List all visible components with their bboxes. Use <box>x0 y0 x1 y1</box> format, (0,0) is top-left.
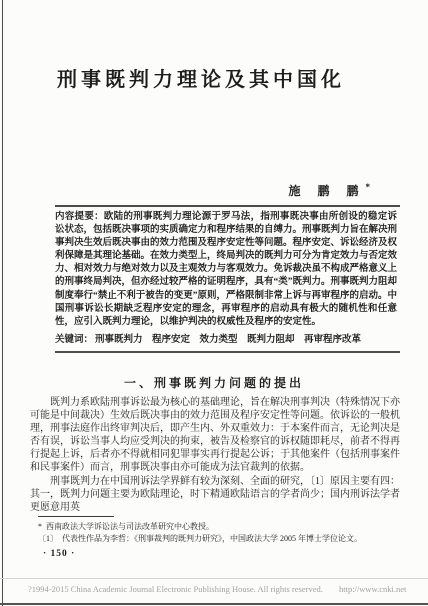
paper-title: 刑事既判力理论及其中国化 <box>57 63 345 92</box>
keywords-list: 刑事既判力 程序安定 效力类型 既判力阻却 再审程序改革 <box>95 335 361 345</box>
author-name-text: 施 鹏 鹏 <box>288 184 365 198</box>
author-footnote-mark: * <box>366 182 371 192</box>
abstract-label: 内容提要： <box>55 212 104 222</box>
cnki-copyright-bar: ?1994-2015 China Academic Journal Electr… <box>28 584 420 594</box>
body-text: 既判力系欧陆刑事诉讼最为核心的基础理论，旨在解决刑事判决（特殊情况下亦可能是中间… <box>30 396 400 514</box>
keywords-label: 关键词： <box>55 335 93 345</box>
abstract-text: 欧陆的刑事既判力理论源于罗马法，指刑事既决事由所创设的稳定诉讼状态，包括既决事项… <box>55 212 397 327</box>
footnote-author: * 西南政法大学诉讼法与司法改革研究中心教授。 <box>38 521 398 533</box>
abstract-top-rule <box>55 205 400 207</box>
footnote-1-text: 代表性作品为李哲：《刑事裁判的既判力研究》，中国政法大学 2005 年博士学位论… <box>62 533 362 545</box>
scan-edge-line <box>2 0 3 606</box>
footer-hairline <box>0 578 428 579</box>
body-paragraph-2: 刑事既判力在中国刑诉法学界鲜有较为深刻、全面的研究，〔1〕原因主要有四：其一，既… <box>30 475 400 514</box>
footnote-1-marker: 〔1〕 <box>38 533 58 545</box>
scan-bottom-border <box>0 603 428 605</box>
page-number: · 150 · <box>43 549 75 559</box>
abstract-block: 内容提要：欧陆的刑事既判力理论源于罗马法，指刑事既决事由所创设的稳定诉讼状态，包… <box>55 211 397 329</box>
keywords-line: 关键词：刑事既判力 程序安定 效力类型 既判力阻却 再审程序改革 <box>55 331 397 345</box>
footnotes-block: * 西南政法大学诉讼法与司法改革研究中心教授。 〔1〕 代表性作品为李哲：《刑事… <box>38 521 398 544</box>
cnki-url: http://www.cnki.net <box>339 584 406 594</box>
footnote-author-marker: * <box>38 521 42 533</box>
copyright-text: ?1994-2015 China Academic Journal Electr… <box>28 584 323 594</box>
scanned-paper-page: 刑事既判力理论及其中国化 施 鹏 鹏* 内容提要：欧陆的刑事既判力理论源于罗马法… <box>0 0 428 606</box>
abstract-bottom-rule <box>55 351 400 353</box>
footnote-divider <box>38 516 114 517</box>
author-name: 施 鹏 鹏* <box>288 182 370 199</box>
body-paragraph-1: 既判力系欧陆刑事诉讼最为核心的基础理论，旨在解决刑事判决（特殊情况下亦可能是中间… <box>30 396 400 475</box>
footnote-author-text: 西南政法大学诉讼法与司法改革研究中心教授。 <box>46 521 214 533</box>
footnote-1: 〔1〕 代表性作品为李哲：《刑事裁判的既判力研究》，中国政法大学 2005 年博… <box>38 533 398 545</box>
section-heading: 一、刑事既判力问题的提出 <box>0 374 428 391</box>
